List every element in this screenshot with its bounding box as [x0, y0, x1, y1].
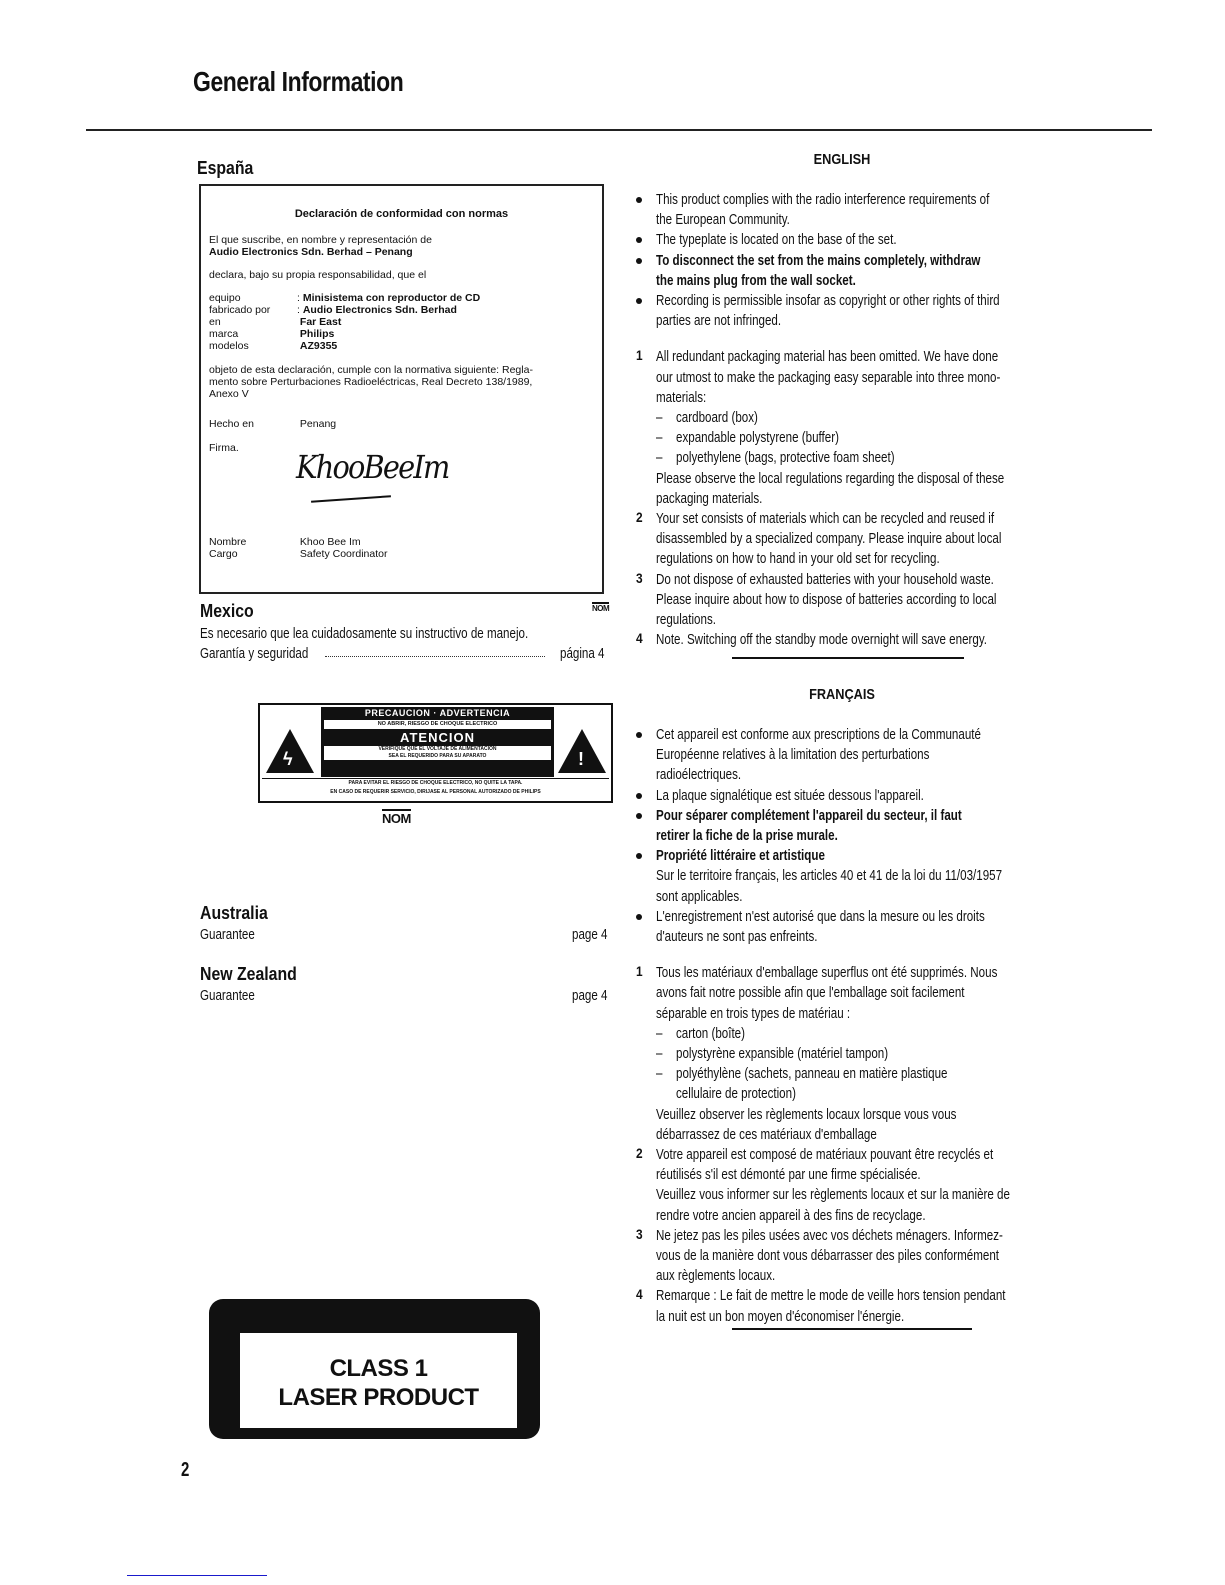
- field-label: equipo: [209, 292, 297, 304]
- bullet-text: Propriété littéraire et artistique: [656, 846, 825, 866]
- warning-line-3: ATENCION: [321, 729, 554, 746]
- field-value: Audio Electronics Sdn. Berhad: [303, 304, 457, 316]
- field-value: Far East: [300, 316, 341, 328]
- field-label: modelos: [209, 340, 297, 352]
- list-item-text: Remarque : Le fait de mettre le mode de …: [656, 1286, 1006, 1306]
- list-subitem-text: polystyrène expansible (matériel tampon): [676, 1044, 888, 1064]
- list-number: 2: [636, 1145, 643, 1161]
- bullet-text: This product complies with the radio int…: [656, 190, 989, 210]
- declaration-field-modelos: modelos AZ9355: [209, 340, 337, 352]
- declaration-object-1: objeto de esta declaración, cumple con l…: [209, 364, 533, 376]
- bullet-text: L'enregistrement n'est autorisé que dans…: [656, 907, 985, 927]
- bullet-text: parties are not infringed.: [656, 311, 781, 331]
- toc-leader-dots: [325, 656, 545, 657]
- declaration-field-equipo: equipo: Minisistema con reproductor de C…: [209, 292, 480, 304]
- header-divider: [86, 129, 1152, 131]
- list-number: 1: [636, 963, 643, 979]
- warning-label: ϟ PRECAUCION · ADVERTENCIA NO ABRIR, RIE…: [258, 703, 613, 803]
- list-item-text: our utmost to make the packaging easy se…: [656, 368, 1000, 388]
- warning-bottom-text: PARA EVITAR EL RIESGO DE CHOQUE ELECTRIC…: [262, 778, 609, 797]
- list-number: 3: [636, 570, 643, 586]
- list-item-text: réutilisés s'il est démonté par une firm…: [656, 1165, 921, 1185]
- declaration-field-fabricado: fabricado por: Audio Electronics Sdn. Be…: [209, 304, 457, 316]
- list-subitem-text: expandable polystyrene (buffer): [676, 428, 839, 448]
- declaration-object-2: mento sobre Perturbaciones Radioeléctric…: [209, 376, 532, 388]
- list-item-text: débarrassez de ces matériaux d'emballage: [656, 1125, 877, 1145]
- list-item-text: Do not dispose of exhausted batteries wi…: [656, 570, 994, 590]
- declaration-field-marca: marca Philips: [209, 328, 334, 340]
- laser-product: LASER PRODUCT: [240, 1383, 517, 1413]
- bullet-text: the European Community.: [656, 210, 790, 230]
- bullet-icon: [636, 237, 642, 243]
- list-item-text: Veuillez vous informer sur les règlement…: [656, 1185, 1010, 1205]
- laser-class: CLASS 1: [240, 1355, 517, 1383]
- made-in-label: Hecho en: [209, 418, 297, 430]
- list-item-text: disassembled by a specialized company. P…: [656, 529, 1001, 549]
- bullet-text: Européenne relatives à la limitation des…: [656, 745, 929, 765]
- dash-marker: –: [656, 448, 662, 468]
- name-value: Khoo Bee Im: [300, 536, 361, 548]
- nom-mark-label: NOM: [382, 809, 411, 826]
- position-label: Cargo: [209, 548, 297, 560]
- warning-line-2: NO ABRIR, RIESGO DE CHOQUE ELECTRICO: [324, 720, 551, 729]
- bullet-text: the mains plug from the wall socket.: [656, 271, 856, 291]
- list-item-text: packaging materials.: [656, 489, 762, 509]
- list-subitem-text: cardboard (box): [676, 408, 758, 428]
- nom-mark: NOM: [592, 602, 609, 613]
- declaration-position: Cargo Safety Coordinator: [209, 548, 387, 560]
- list-item-text: Please observe the local regulations reg…: [656, 469, 1004, 489]
- declaration-intro: El que suscribe, en nombre y representac…: [209, 234, 432, 246]
- list-item-text: regulations on how to hand in your old s…: [656, 549, 940, 569]
- warning-line-5: SEA EL REQUERIDO PARA SU APARATO: [324, 753, 551, 760]
- scan-artifact-line: [127, 1575, 267, 1576]
- declaration-company: Audio Electronics Sdn. Berhad – Penang: [209, 246, 413, 258]
- declaration-field-en: en Far East: [209, 316, 341, 328]
- list-item-text: avons fait notre possible afin que l'emb…: [656, 983, 965, 1003]
- bullet-icon: [636, 914, 642, 920]
- warning-line-6: PARA EVITAR EL RIESGO DE CHOQUE ELECTRIC…: [262, 779, 609, 788]
- declaration-declares: declara, bajo su propia responsabilidad,…: [209, 269, 426, 281]
- warning-line-7: EN CASO DE REQUERIR SERVICIO, DIRIJASE A…: [262, 788, 609, 797]
- section-heading-francais: FRANÇAIS: [664, 686, 1021, 703]
- bullet-icon: [636, 258, 642, 264]
- bullet-text: retirer la fiche de la prise murale.: [656, 826, 838, 846]
- list-item-text: regulations.: [656, 610, 716, 630]
- signature-underline: [311, 495, 391, 503]
- mexico-toc-page: página 4: [560, 644, 605, 664]
- section-heading-espana: España: [197, 158, 253, 179]
- field-sep: :: [297, 292, 300, 304]
- list-item-text: rendre votre ancien appareil à des fins …: [656, 1206, 926, 1226]
- dash-marker: –: [656, 428, 662, 448]
- list-item-text: aux règlements locaux.: [656, 1266, 775, 1286]
- list-item-text: Your set consists of materials which can…: [656, 509, 994, 529]
- bullet-text: Cet appareil est conforme aux prescripti…: [656, 725, 981, 745]
- dash-marker: –: [656, 1024, 662, 1044]
- bullet-icon: [636, 298, 642, 304]
- bullet-text: The typeplate is located on the base of …: [656, 230, 897, 250]
- field-value: Philips: [300, 328, 334, 340]
- list-item-text: Ne jetez pas les piles usées avec vos dé…: [656, 1226, 1003, 1246]
- list-subitem-text: cellulaire de protection): [676, 1084, 796, 1104]
- declaration-box: Declaración de conformidad con normas El…: [199, 184, 604, 594]
- list-number: 1: [636, 347, 643, 363]
- declaration-title: Declaración de conformidad con normas: [201, 208, 602, 220]
- australia-item: Guarantee: [200, 925, 255, 945]
- bullet-text: To disconnect the set from the mains com…: [656, 251, 980, 271]
- warning-line-1: PRECAUCION · ADVERTENCIA: [321, 707, 554, 720]
- australia-page: page 4: [572, 925, 607, 945]
- dash-marker: –: [656, 408, 662, 428]
- new-zealand-page: page 4: [572, 986, 607, 1006]
- name-label: Nombre: [209, 536, 297, 548]
- laser-label: CLASS 1 LASER PRODUCT: [240, 1333, 517, 1428]
- bullet-text: Pour séparer complétement l'appareil du …: [656, 806, 962, 826]
- list-number: 3: [636, 1226, 643, 1242]
- list-item-text: Please inquire about how to dispose of b…: [656, 590, 996, 610]
- list-item-text: Veuillez observer les règlements locaux …: [656, 1105, 956, 1125]
- bullet-icon: [636, 793, 642, 799]
- warning-center-panel: PRECAUCION · ADVERTENCIA NO ABRIR, RIESG…: [321, 707, 554, 777]
- declaration-made-in: Hecho en Penang: [209, 418, 336, 430]
- list-number: 2: [636, 509, 643, 525]
- made-in-value: Penang: [300, 418, 336, 430]
- warning-line-4: VERIFIQUE QUE EL VOLTAJE DE ALIMENTACION: [324, 746, 551, 753]
- field-label: marca: [209, 328, 297, 340]
- bullet-icon: [636, 813, 642, 819]
- bullet-icon: [636, 732, 642, 738]
- francais-end-rule: [732, 1328, 972, 1330]
- field-label: fabricado por: [209, 304, 297, 316]
- exclamation-glyph: !: [578, 749, 584, 770]
- list-subitem-text: carton (boîte): [676, 1024, 745, 1044]
- list-number: 4: [636, 630, 643, 646]
- bullet-icon: [636, 197, 642, 203]
- section-heading-mexico: Mexico: [200, 601, 254, 622]
- position-value: Safety Coordinator: [300, 548, 388, 560]
- field-sep: :: [297, 304, 300, 316]
- section-heading-english: ENGLISH: [664, 151, 1021, 168]
- bullet-text: La plaque signalétique est située dessou…: [656, 786, 924, 806]
- declaration-name: Nombre Khoo Bee Im: [209, 536, 361, 548]
- dash-marker: –: [656, 1044, 662, 1064]
- lightning-bolt-glyph: ϟ: [283, 749, 293, 770]
- mexico-instruction: Es necesario que lea cuidadosamente su i…: [200, 624, 528, 644]
- bullet-text: radioélectriques.: [656, 765, 741, 785]
- field-value: AZ9355: [300, 340, 337, 352]
- dash-marker: –: [656, 1064, 662, 1084]
- bullet-subtext: Sur le territoire français, les articles…: [656, 866, 1002, 886]
- english-end-rule: [732, 657, 964, 659]
- list-item-text: Votre appareil est composé de matériaux …: [656, 1145, 993, 1165]
- declaration-object-3: Anexo V: [209, 388, 249, 400]
- list-number: 4: [636, 1286, 643, 1302]
- section-heading-new-zealand: New Zealand: [200, 964, 297, 985]
- list-item-text: materials:: [656, 388, 706, 408]
- bullet-text: Recording is permissible insofar as copy…: [656, 291, 1000, 311]
- page-number: 2: [181, 1459, 189, 1482]
- bullet-icon: [636, 853, 642, 859]
- list-subitem-text: polyethylene (bags, protective foam shee…: [676, 448, 895, 468]
- list-item-text: vous de la manière dont vous débarrasser…: [656, 1246, 999, 1266]
- page-title: General Information: [193, 66, 403, 98]
- signature-label: Firma.: [209, 442, 239, 454]
- list-item-text: la nuit est un bon moyen d'économiser l'…: [656, 1307, 904, 1327]
- bullet-text: d'auteurs ne sont pas enfreints.: [656, 927, 818, 947]
- list-item-text: séparable en trois types de matériau :: [656, 1004, 850, 1024]
- section-heading-australia: Australia: [200, 903, 268, 924]
- field-value: Minisistema con reproductor de CD: [303, 292, 480, 304]
- list-item-text: Tous les matériaux d'emballage superflus…: [656, 963, 997, 983]
- new-zealand-item: Guarantee: [200, 986, 255, 1006]
- list-item-text: Note. Switching off the standby mode ove…: [656, 630, 987, 650]
- list-subitem-text: polyéthylène (sachets, panneau en matièr…: [676, 1064, 948, 1084]
- bullet-subtext: sont applicables.: [656, 887, 742, 907]
- list-item-text: All redundant packaging material has bee…: [656, 347, 998, 367]
- field-label: en: [209, 316, 297, 328]
- mexico-toc-label: Garantía y seguridad: [200, 644, 308, 664]
- signature: KhooBeeIm: [296, 448, 448, 486]
